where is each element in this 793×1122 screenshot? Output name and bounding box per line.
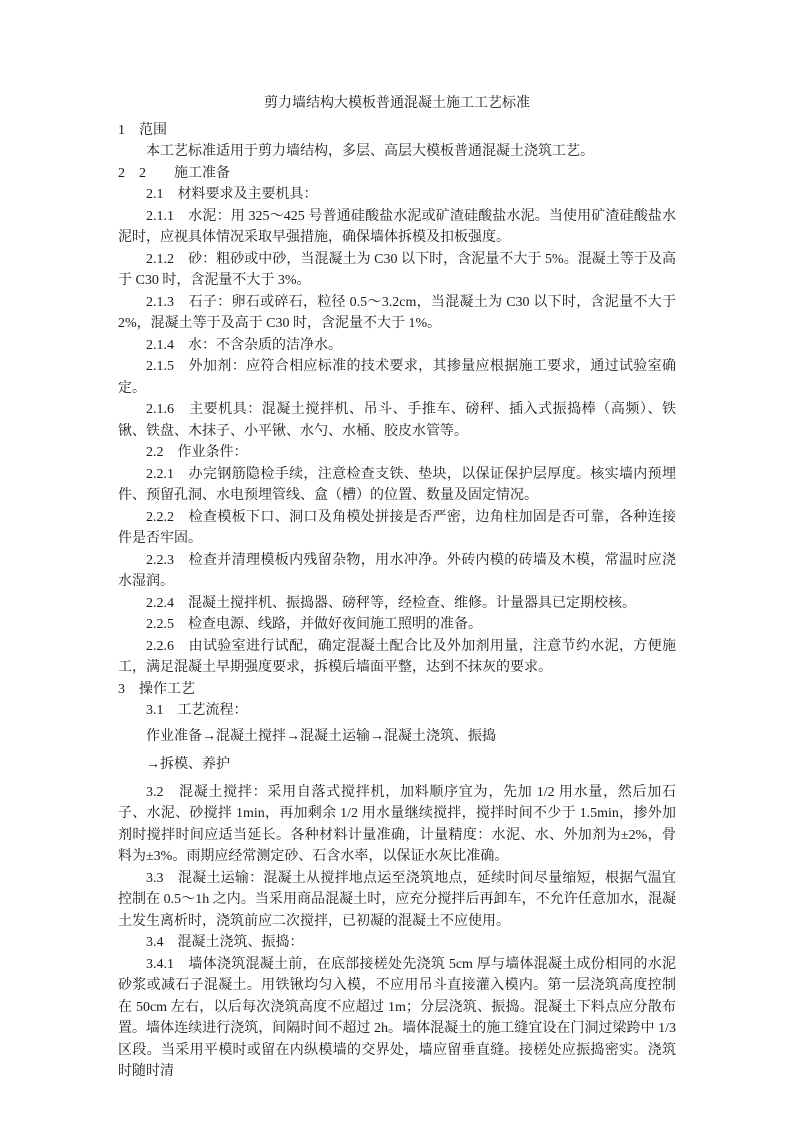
document-content: 剪力墙结构大模板普通混凝土施工工艺标准 1 范围 本工艺标准适用于剪力墙结构，多… [118,93,676,1083]
para-2-2-1: 2.2.1 办完钢筋隐检手续，注意检查支铁、垫块，以保证保护层厚度。核实墙内预埋… [118,464,676,507]
heading-2-2-conditions: 2.2 作业条件： [118,442,676,464]
para-2-2-5: 2.2.5 检查电源、线路，并做好夜间施工照明的准备。 [118,614,676,636]
para-2-1-4-water: 2.1.4 水：不含杂质的洁净水。 [118,335,676,357]
heading-1-scope: 1 范围 [118,120,676,142]
para-3-2-mixing: 3.2 混凝土搅拌：采用自落式搅拌机，加料顺序宜为，先加 1/2 用水量，然后加… [118,782,676,868]
heading-3-operation: 3 操作工艺 [118,679,676,701]
flow-line-2: →拆模、养护 [118,754,676,776]
heading-2-1-materials: 2.1 材料要求及主要机具： [118,184,676,206]
heading-2-preparation: 2 2 施工准备 [118,163,676,185]
para-scope-body: 本工艺标准适用于剪力墙结构，多层、高层大模板普通混凝土浇筑工艺。 [118,141,676,163]
para-3-3-transport: 3.3 混凝土运输：混凝土从搅拌地点运至浇筑地点，延续时间尽量缩短，根据气温宜控… [118,868,676,933]
flow-line-1: 作业准备→混凝土搅拌→混凝土运输→混凝土浇筑、振捣 [118,726,676,748]
para-2-2-3: 2.2.3 检查并清理模板内残留杂物，用水冲净。外砖内模的砖墙及木模，常温时应浇… [118,550,676,593]
para-2-2-2: 2.2.2 检查模板下口、洞口及角模处拼接是否严密，边角柱加固是否可靠，各种连接… [118,507,676,550]
document-title: 剪力墙结构大模板普通混凝土施工工艺标准 [118,93,676,115]
para-2-1-2-sand: 2.1.2 砂：粗砂或中砂，当混凝土为 C30 以下时，含泥量不大于 5%。混凝… [118,249,676,292]
para-2-1-6-tools: 2.1.6 主要机具：混凝土搅拌机、吊斗、手推车、磅秤、插入式振捣棒（高频）、铁… [118,399,676,442]
para-2-1-5-admixture: 2.1.5 外加剂：应符合相应标准的技术要求，其掺量应根据施工要求，通过试验室确… [118,356,676,399]
para-2-2-6: 2.2.6 由试验室进行试配，确定混凝土配合比及外加剂用量，注意节约水泥，方便施… [118,636,676,679]
para-2-1-1-cement: 2.1.1 水泥：用 325～425 号普通硅酸盐水泥或矿渣硅酸盐水泥。当使用矿… [118,206,676,249]
heading-3-4-pouring: 3.4 混凝土浇筑、振捣： [118,932,676,954]
para-3-4-1: 3.4.1 墙体浇筑混凝土前，在底部接槎处先浇筑 5cm 厚与墙体混凝土成份相同… [118,954,676,1083]
heading-3-1-process-flow: 3.1 工艺流程： [118,700,676,722]
para-2-2-4: 2.2.4 混凝土搅拌机、振捣器、磅秤等，经检查、维修。计量器具已定期校核。 [118,593,676,615]
para-2-1-3-stone: 2.1.3 石子：卵石或碎石，粒径 0.5～3.2cm，当混凝土为 C30 以下… [118,292,676,335]
document-page: 剪力墙结构大模板普通混凝土施工工艺标准 1 范围 本工艺标准适用于剪力墙结构，多… [0,0,793,1122]
